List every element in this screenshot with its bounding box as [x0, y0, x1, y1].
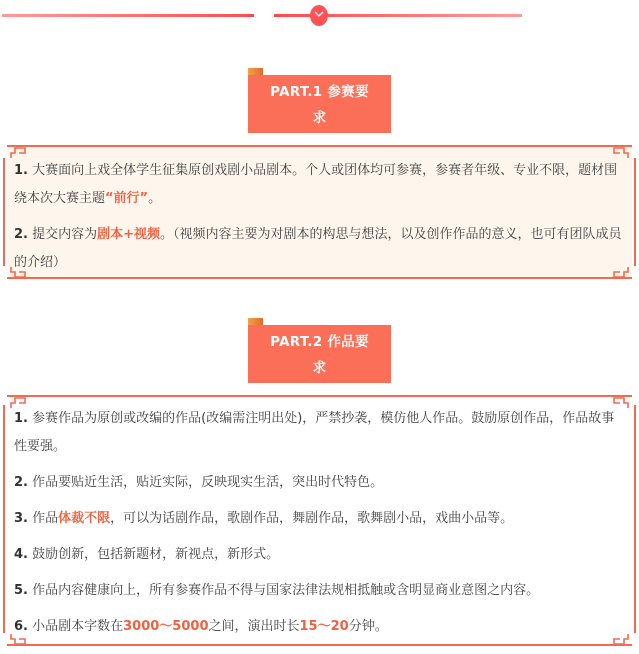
corner-ornament-icon — [611, 633, 629, 645]
section-2-title: PART.2 作品要 求 — [248, 325, 391, 383]
section-1-item-2: 2. 提交内容为剧本+视频。（视频内容主要为对剧本的构思与想法，以及创作作品的意… — [14, 221, 622, 277]
section-2-content-box: 1. 参赛作品为原创或改编的作品(改编需注明出处)，严禁抄袭，模仿他人作品。鼓励… — [7, 395, 632, 646]
section-2-item-3: 3. 作品体裁不限，可以为话剧作品，歌剧作品，舞剧作品，歌舞剧小品，戏曲小品等。 — [14, 505, 622, 533]
section-2-tab-decoration — [248, 318, 263, 325]
highlight-submission: 剧本+视频 — [97, 227, 160, 242]
section-2-right-rule — [634, 405, 636, 633]
divider-line-left — [2, 14, 254, 17]
highlight-genre: 体裁不限 — [58, 511, 110, 526]
section-1-title-line2: 求 — [248, 105, 391, 131]
corner-ornament-icon — [10, 266, 28, 278]
chevron-down-icon — [314, 11, 324, 18]
section-2-left-rule — [3, 405, 5, 633]
section-1-content-box: 1. 大赛面向上戏全体学生征集原创戏剧小品剧本。个人或团体均可参赛，参赛者年级、… — [7, 145, 632, 279]
highlight-theme: “前行” — [105, 191, 148, 206]
section-2-title-line1: PART.2 作品要 — [248, 329, 391, 355]
corner-ornament-icon — [611, 397, 629, 409]
section-2-title-line2: 求 — [248, 355, 391, 381]
section-1-left-rule — [3, 158, 5, 266]
corner-ornament-icon — [611, 147, 629, 159]
section-2-item-4: 4. 鼓励创新，包括新题材，新视点，新形式。 — [14, 541, 622, 569]
corner-ornament-icon — [611, 266, 629, 278]
corner-ornament-icon — [10, 633, 28, 645]
section-2-item-5: 5. 作品内容健康向上，所有参赛作品不得与国家法律法规相抵触或含明显商业意图之内… — [14, 577, 622, 605]
section-1-right-rule — [634, 158, 636, 266]
section-1-title-line1: PART.1 参赛要 — [248, 79, 391, 105]
divider-circle[interactable] — [310, 5, 328, 26]
highlight-duration: 15～20 — [300, 619, 349, 634]
section-2-item-1: 1. 参赛作品为原创或改编的作品(改编需注明出处)，严禁抄袭，模仿他人作品。鼓励… — [14, 405, 622, 461]
corner-ornament-icon — [10, 397, 28, 409]
highlight-word-count: 3000～5000 — [123, 619, 208, 634]
section-1-item-1: 1. 大赛面向上戏全体学生征集原创戏剧小品剧本。个人或团体均可参赛，参赛者年级、… — [14, 157, 622, 213]
section-2-item-2: 2. 作品要贴近生活，贴近实际，反映现实生活，突出时代特色。 — [14, 469, 622, 497]
section-1-title: PART.1 参赛要 求 — [248, 75, 391, 133]
corner-ornament-icon — [10, 147, 28, 159]
section-2-item-6: 6. 小品剧本字数在3000～5000之间，演出时长15～20分钟。 — [14, 613, 622, 641]
section-1-tab-decoration — [248, 68, 263, 75]
